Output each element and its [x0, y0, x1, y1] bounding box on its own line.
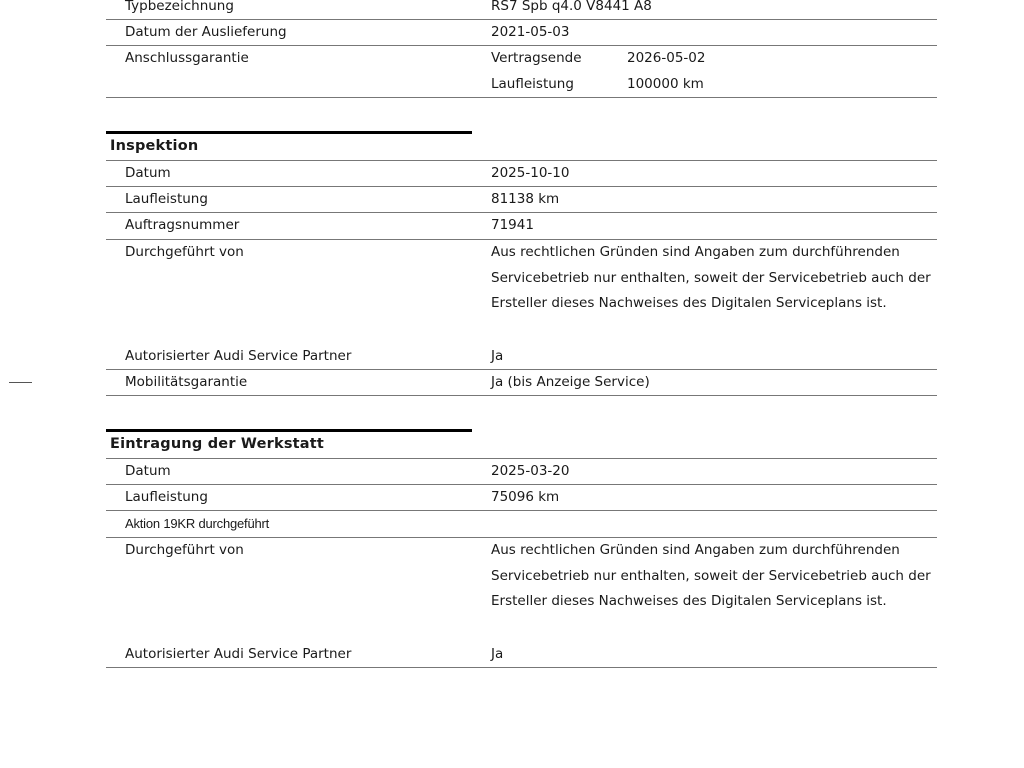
label-durchgefuehrt-von: Durchgeführt von	[125, 542, 244, 558]
divider	[106, 239, 937, 240]
divider	[106, 160, 937, 161]
label-datum: Datum	[125, 463, 171, 479]
label-durchgefuehrt-von: Durchgeführt von	[125, 244, 244, 260]
divider	[106, 484, 937, 485]
value-durchgefuehrt-line-1: Aus rechtlichen Gründen sind Angaben zum…	[491, 244, 900, 260]
label-service-partner: Autorisierter Audi Service Partner	[125, 348, 351, 364]
divider	[106, 19, 937, 20]
divider	[106, 667, 937, 668]
value-mobilitaetsgarantie: Ja (bis Anzeige Service)	[491, 374, 650, 390]
section-rule	[106, 429, 472, 432]
value-typbezeichnung: RS7 Spb q4.0 V8441 A8	[491, 0, 652, 14]
value-service-partner: Ja	[491, 646, 503, 662]
value-laufleistung: 75096 km	[491, 489, 559, 505]
value-durchgefuehrt-line-1: Aus rechtlichen Gründen sind Angaben zum…	[491, 542, 900, 558]
value-durchgefuehrt-line-3: Ersteller dieses Nachweises des Digitale…	[491, 295, 887, 311]
key-laufleistung: Laufleistung	[491, 76, 574, 92]
value-durchgefuehrt-line-3: Ersteller dieses Nachweises des Digitale…	[491, 593, 887, 609]
label-datum: Datum	[125, 165, 171, 181]
label-typbezeichnung: Typbezeichnung	[125, 0, 234, 14]
value-service-partner: Ja	[491, 348, 503, 364]
value-auftragsnummer: 71941	[491, 217, 534, 233]
key-vertragsende: Vertragsende	[491, 50, 582, 66]
divider	[106, 186, 937, 187]
margin-mark	[9, 382, 32, 383]
divider	[106, 395, 937, 396]
divider	[106, 45, 937, 46]
value-durchgefuehrt-line-2: Servicebetrieb nur enthalten, soweit der…	[491, 568, 931, 584]
section-title-inspektion: Inspektion	[110, 138, 198, 154]
value-durchgefuehrt-line-2: Servicebetrieb nur enthalten, soweit der…	[491, 270, 931, 286]
label-laufleistung: Laufleistung	[125, 489, 208, 505]
divider	[106, 212, 937, 213]
value-datum-auslieferung: 2021-05-03	[491, 24, 569, 40]
section-title-werkstatt: Eintragung der Werkstatt	[110, 436, 324, 452]
value-datum: 2025-10-10	[491, 165, 569, 181]
divider	[106, 537, 937, 538]
divider	[106, 369, 937, 370]
label-datum-auslieferung: Datum der Auslieferung	[125, 24, 287, 40]
value-datum: 2025-03-20	[491, 463, 569, 479]
label-service-partner: Autorisierter Audi Service Partner	[125, 646, 351, 662]
aktion-note: Aktion 19KR durchgeführt	[125, 516, 269, 532]
label-anschlussgarantie: Anschlussgarantie	[125, 50, 249, 66]
value-laufleistung: 81138 km	[491, 191, 559, 207]
value-vertragsende: 2026-05-02	[627, 50, 705, 66]
divider	[106, 458, 937, 459]
label-laufleistung: Laufleistung	[125, 191, 208, 207]
label-auftragsnummer: Auftragsnummer	[125, 217, 239, 233]
divider	[106, 97, 937, 98]
divider	[106, 510, 937, 511]
label-mobilitaetsgarantie: Mobilitätsgarantie	[125, 374, 247, 390]
value-laufleistung: 100000 km	[627, 76, 704, 92]
section-rule	[106, 131, 472, 134]
